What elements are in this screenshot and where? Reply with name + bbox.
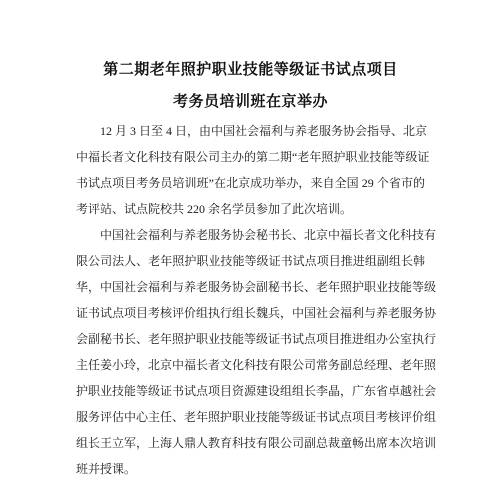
paragraph-2-line: 组长王立军，上海人鼎人教育科技有限公司副总裁童畅出席本次培训: [76, 430, 425, 456]
document-title-line-1: 第二期老年照护职业技能等级证书试点项目: [76, 54, 425, 86]
document-title: 第二期老年照护职业技能等级证书试点项目 考务员培训班在京举办: [76, 54, 425, 118]
document-page: 第二期老年照护职业技能等级证书试点项目 考务员培训班在京举办 12 月 3 日至…: [0, 0, 500, 480]
paragraph-2-line: 限公司法人、老年照护职业技能等级证书试点项目推进组副组长韩: [76, 248, 425, 274]
document-body: 12 月 3 日至 4 日，由中国社会福利与养老服务协会指导、北京中福长者文化科…: [76, 118, 425, 480]
paragraph-2-line: 班并授课。: [76, 456, 425, 480]
paragraph-2-line: 服务评估中心主任、老年照护职业技能等级证书试点项目考核评价组: [76, 404, 425, 430]
paragraph-2-line: 护职业技能等级证书试点项目资源建设组组长李晶，广东省卓越社会: [76, 378, 425, 404]
paragraph-1-line: 中福长者文化科技有限公司主办的第二期“老年照护职业技能等级证: [76, 144, 425, 170]
paragraph-2-line: 华，中国社会福利与养老服务协会副秘书长、老年照护职业技能等级: [76, 274, 425, 300]
paragraph-1-line: 12 月 3 日至 4 日，由中国社会福利与养老服务协会指导、北京: [76, 118, 425, 144]
paragraph-2-line: 中国社会福利与养老服务协会秘书长、北京中福长者文化科技有: [76, 222, 425, 248]
paragraph-1-line: 考评站、试点院校共 220 余名学员参加了此次培训。: [76, 196, 425, 222]
paragraph-1-line: 书试点项目考务员培训班”在北京成功举办，来自全国 29 个省市的: [76, 170, 425, 196]
paragraph-2-line: 证书试点项目考核评价组执行组长魏兵，中国社会福利与养老服务协: [76, 300, 425, 326]
paragraph-2-line: 主任姜小玲，北京中福长者文化科技有限公司常务副总经理、老年照: [76, 352, 425, 378]
paragraph-2-line: 会副秘书长、老年照护职业技能等级证书试点项目推进组办公室执行: [76, 326, 425, 352]
document-title-line-2: 考务员培训班在京举办: [76, 86, 425, 118]
